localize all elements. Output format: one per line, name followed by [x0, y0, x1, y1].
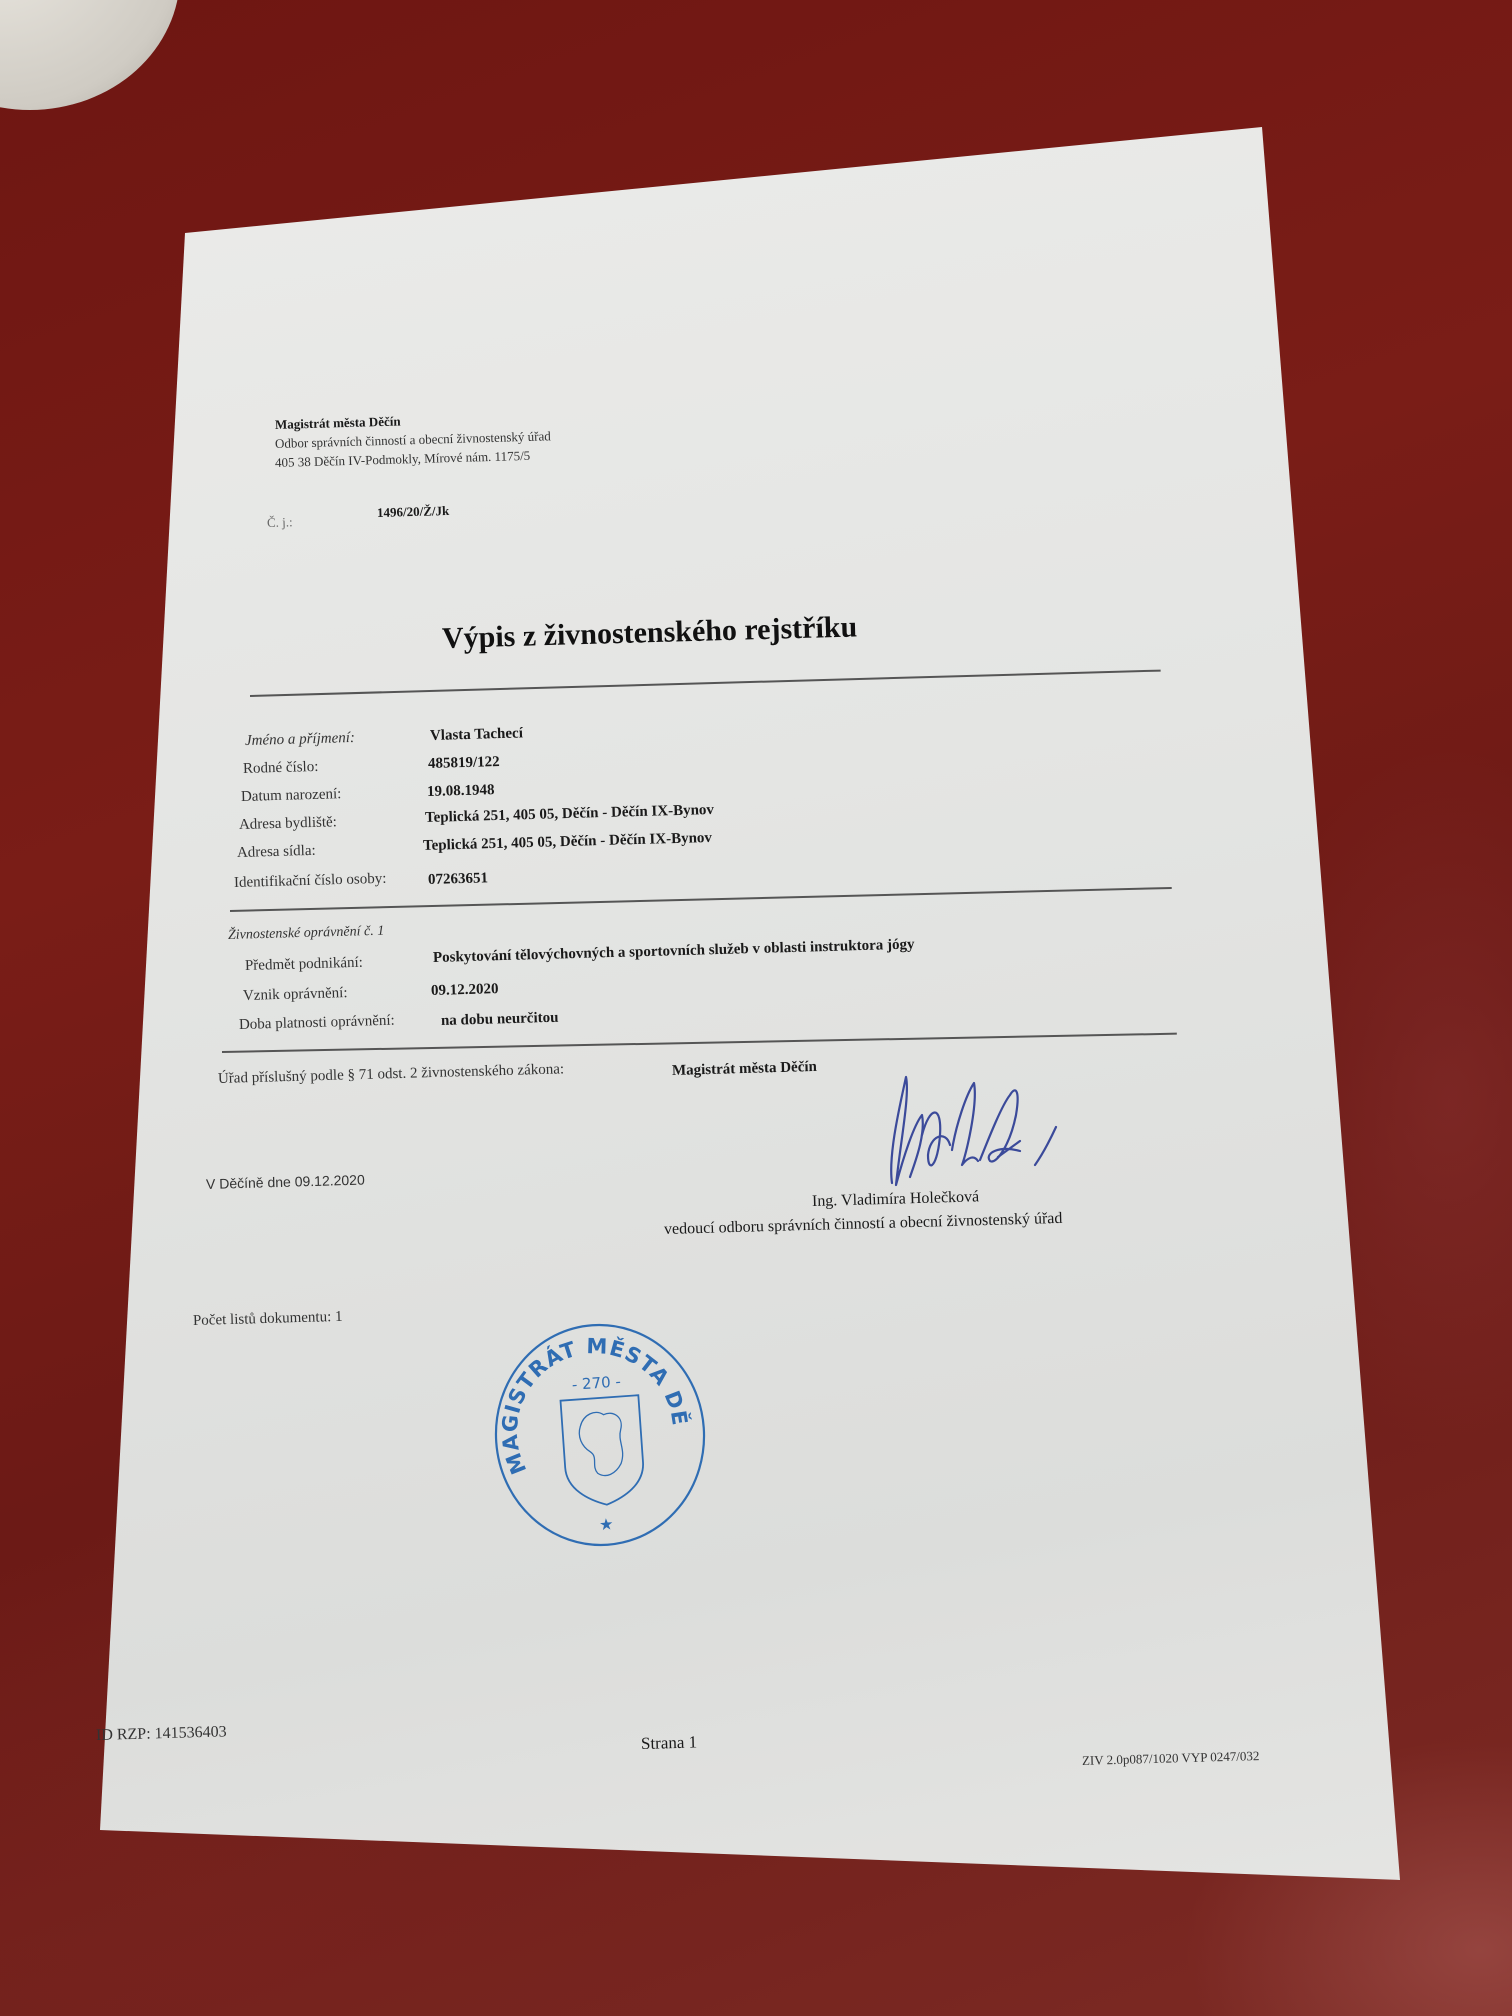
- star-icon: ★: [599, 1516, 614, 1534]
- coat-of-arms-shield-icon: [561, 1395, 646, 1507]
- field-label-birth-date: Datum narození:: [241, 786, 342, 806]
- handwritten-signature: [870, 1065, 1070, 1195]
- license-heading: Živnostenské oprávnění č. 1: [228, 924, 385, 944]
- field-label-name: Jméno a příjmení:: [245, 730, 355, 750]
- field-label-residence: Adresa bydliště:: [239, 814, 337, 834]
- title-divider: [250, 670, 1161, 697]
- field-value-id-number: 07263651: [428, 870, 488, 889]
- place-date: V Děčíně dne 09.12.2020: [206, 1172, 365, 1192]
- office-address: 405 38 Děčín IV-Podmokly, Mírové nám. 11…: [275, 448, 531, 471]
- field-value-residence: Teplická 251, 405 05, Děčín - Děčín IX-B…: [425, 802, 714, 827]
- field-value-seat: Teplická 251, 405 05, Děčín - Děčín IX-B…: [423, 830, 712, 855]
- document-code: ZIV 2.0p087/1020 VYP 0247/032: [1082, 1748, 1260, 1769]
- field-label-business-subject: Předmět podnikání:: [245, 955, 363, 975]
- field-value-license-origin: 09.12.2020: [431, 981, 499, 1000]
- field-label-validity: Doba platnosti oprávnění:: [239, 1013, 395, 1034]
- page-count: Počet listů dokumentu: 1: [193, 1309, 343, 1330]
- field-label-birth-number: Rodné číslo:: [243, 759, 319, 778]
- field-value-birth-date: 19.08.1948: [427, 782, 495, 801]
- field-value-business-subject: Poskytování tělovýchovných a sportovních…: [433, 937, 915, 967]
- page-number: Strana 1: [641, 1732, 698, 1754]
- stamp-number: - 270 -: [571, 1372, 621, 1393]
- field-value-birth-number: 485819/122: [428, 754, 500, 773]
- field-value-name: Vlasta Tachecí: [430, 725, 523, 745]
- reference-label: Č. j.:: [267, 514, 293, 531]
- license-divider: [222, 1033, 1177, 1053]
- authority-value: Magistrát města Děčín: [672, 1059, 817, 1080]
- svg-text:MAGISTRÁT MĚSTA DĚČÍN: MAGISTRÁT MĚSTA DĚČÍN: [485, 1315, 696, 1480]
- field-label-license-origin: Vznik oprávnění:: [243, 985, 348, 1005]
- field-label-seat: Adresa sídla:: [237, 843, 316, 862]
- reference-number: 1496/20/Ž/Jk: [377, 503, 450, 521]
- person-divider: [230, 887, 1172, 912]
- id-rzp: ID RZP: 141536403: [96, 1723, 227, 1745]
- field-value-validity: na dobu neurčitou: [441, 1010, 559, 1030]
- official-stamp: MAGISTRÁT MĚSTA DĚČÍN - 270 - ★: [485, 1315, 715, 1555]
- authority-label: Úřad příslušný podle § 71 odst. 2 živnos…: [218, 1061, 565, 1088]
- office-name: Magistrát města Děčín: [275, 413, 401, 433]
- document-title: Výpis z živnostenského rejstříku: [442, 610, 858, 656]
- stamp-text: MAGISTRÁT MĚSTA DĚČÍN: [485, 1315, 696, 1480]
- lion-icon: [578, 1411, 625, 1477]
- signatory-role: vedoucí odboru správních činností a obec…: [664, 1210, 1063, 1239]
- field-label-id-number: Identifikační číslo osoby:: [234, 871, 387, 892]
- signatory-name: Ing. Vladimíra Holečková: [812, 1188, 980, 1211]
- document-content: Magistrát města Děčín Odbor správních či…: [0, 0, 1512, 2016]
